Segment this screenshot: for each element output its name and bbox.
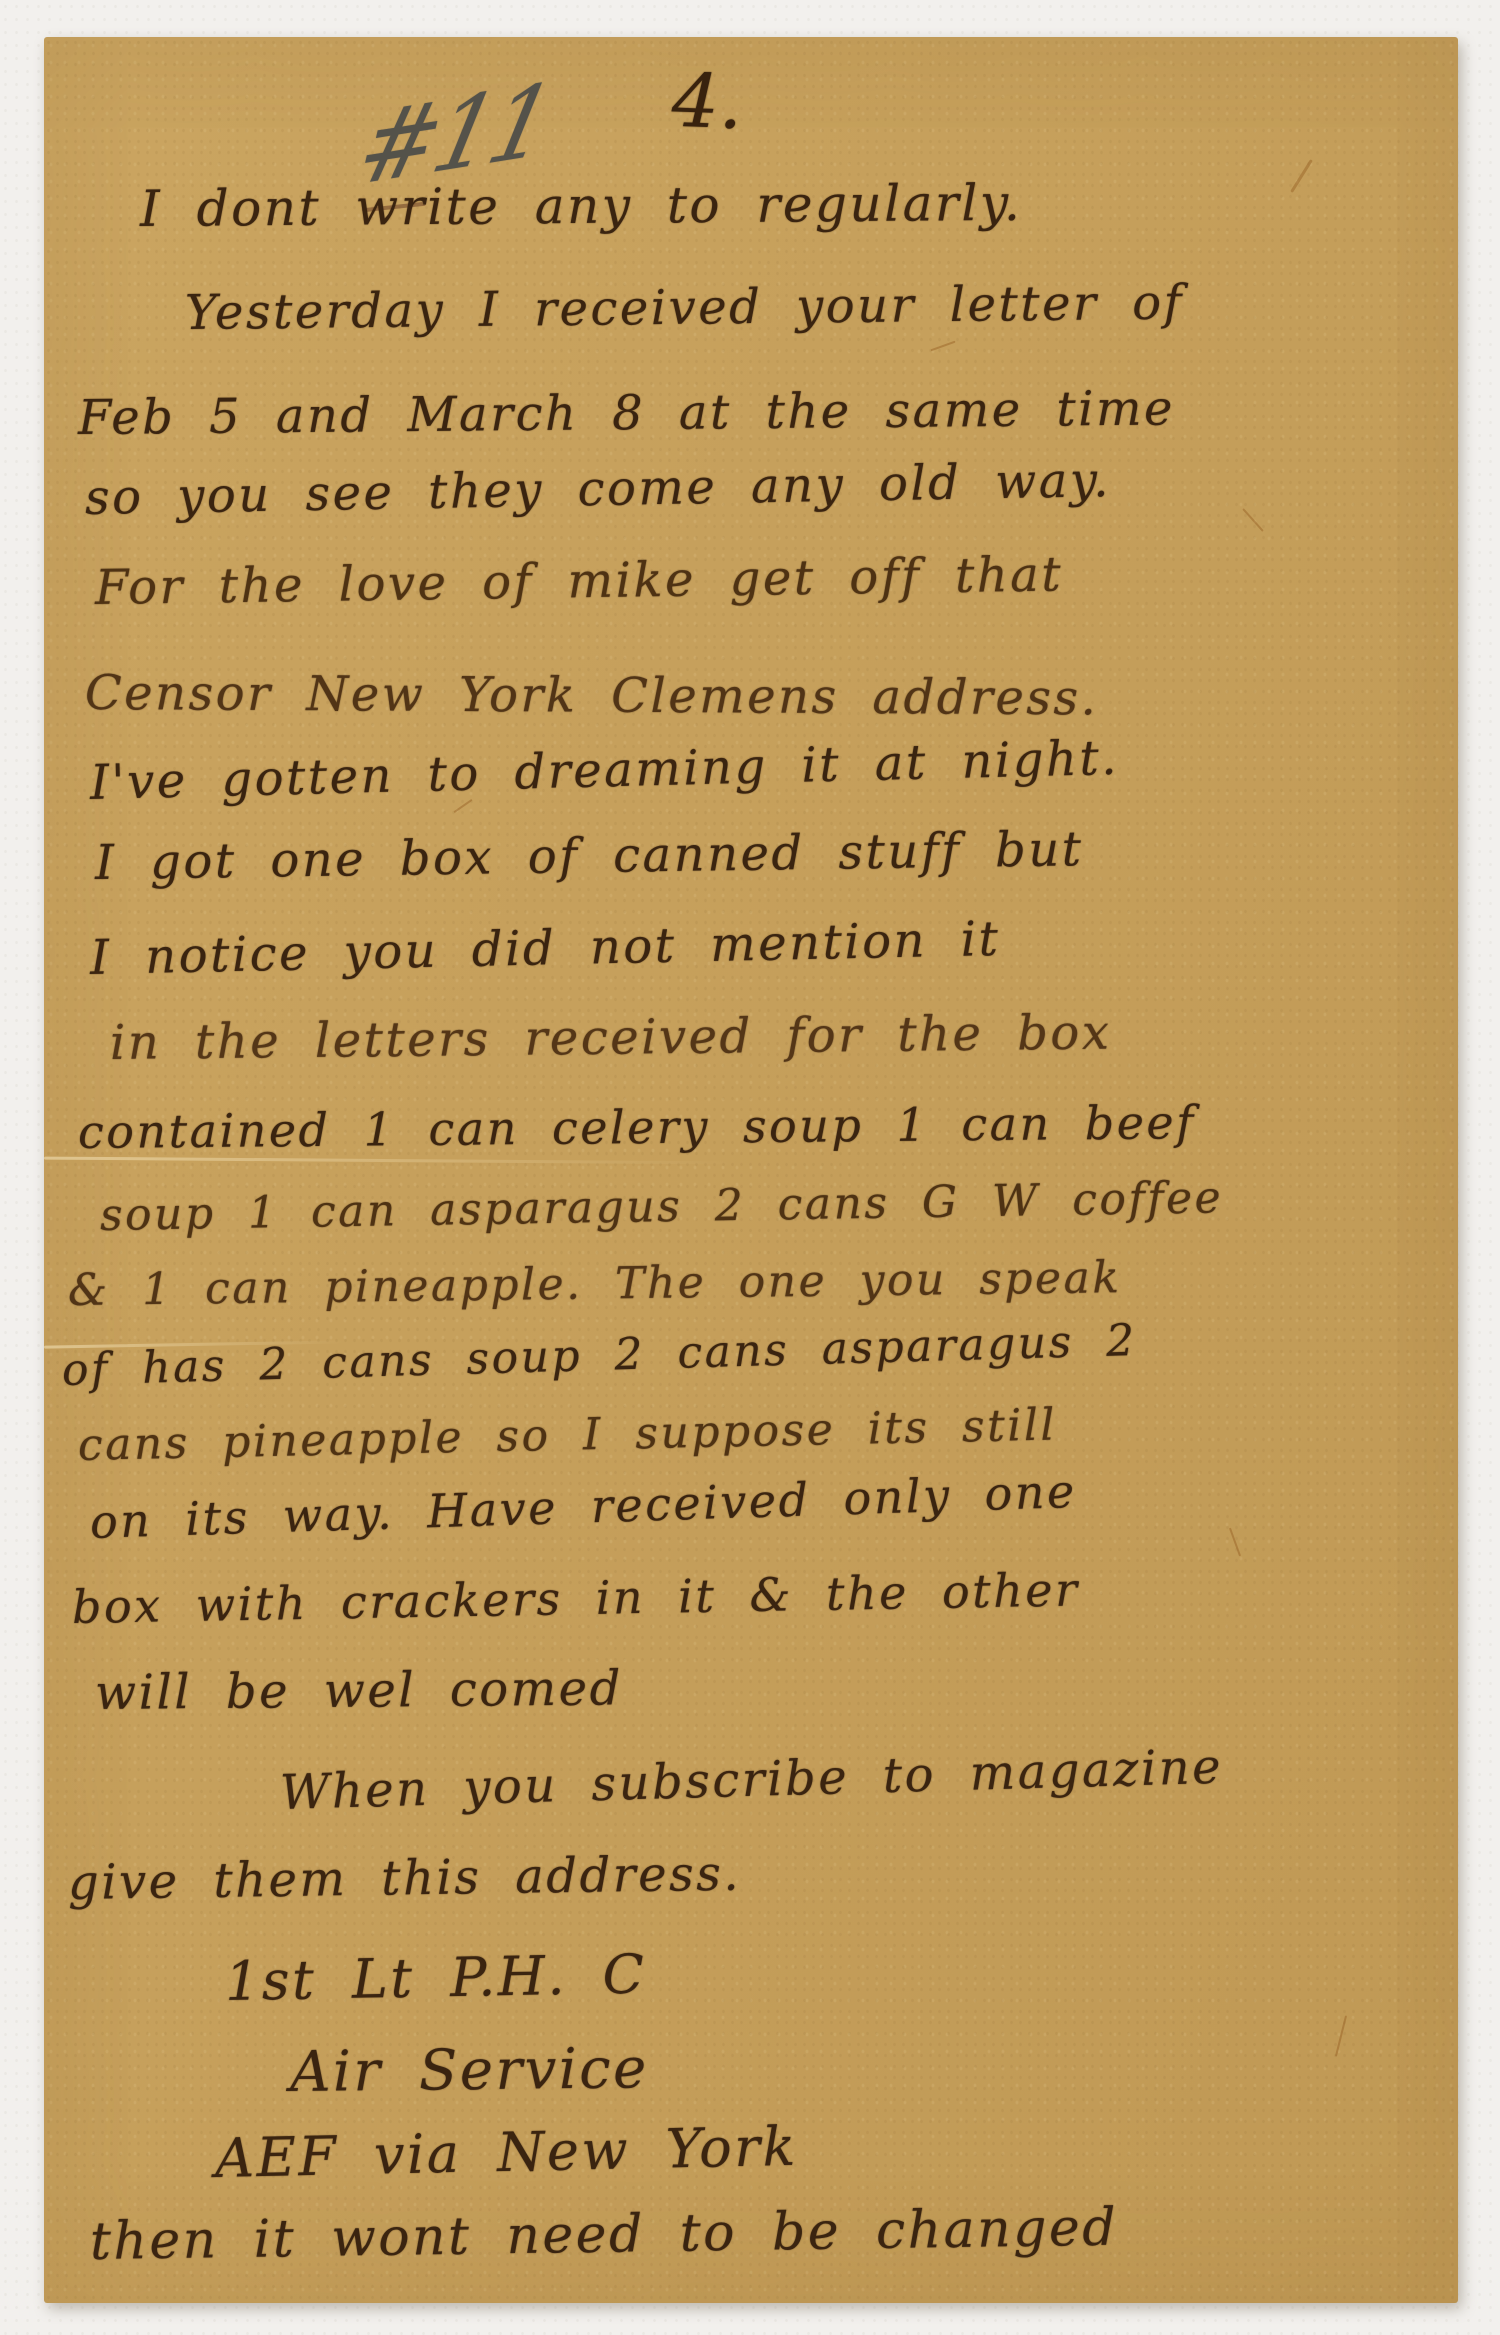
paper-fiber (1229, 1528, 1241, 1557)
scan-background: #11 4. I dont write any to regularly.Yes… (0, 0, 1500, 2335)
letter-line: 1st Lt P.H. C (224, 1943, 647, 2013)
letter-line: give them this address. (68, 1846, 742, 1911)
letter-line: then it wont need to be changed (90, 2198, 1119, 2272)
letter-line: I got one box of canned stuff but (95, 821, 1084, 891)
paper-crease (44, 1157, 734, 1165)
letter-line: in the letters received for the box (110, 1005, 1112, 1071)
letter-line: & 1 can pineapple. The one you speak (68, 1252, 1122, 1316)
letter-line: AEF via New York (214, 2115, 798, 2190)
letter-line: I notice you did not mention it (89, 911, 1000, 986)
letter-line: Censor New York Clemens address. (85, 665, 1099, 726)
paper-fiber (930, 341, 955, 352)
letter-page: #11 4. I dont write any to regularly.Yes… (44, 37, 1458, 2303)
letter-line: will be wel comed (95, 1660, 623, 1721)
letter-line: Yesterday I received your letter of (185, 275, 1184, 341)
letter-line: so you see they come any old way. (85, 452, 1112, 526)
letter-line: box with crackers in it & the other (72, 1562, 1080, 1634)
letter-line: cans pineapple so I suppose its still (77, 1400, 1057, 1471)
letter-line: soup 1 can asparagus 2 cans G W coffee (100, 1172, 1224, 1241)
letter-line: Feb 5 and March 8 at the same time (78, 380, 1175, 446)
letter-line: on its way. Have received only one (89, 1464, 1077, 1549)
letter-line: Air Service (290, 2036, 649, 2105)
letter-line: When you subscribe to magazine (279, 1739, 1224, 1821)
paper-fiber (1290, 159, 1313, 193)
letter-line: For the love of mike get off that (95, 546, 1064, 616)
letter-line: contained 1 can celery soup 1 can beef (78, 1095, 1196, 1159)
letter-line: I dont write any to regularly. (140, 174, 1023, 238)
paper-fiber (1242, 508, 1264, 532)
letter-line: of has 2 cans soup 2 cans asparagus 2 (61, 1315, 1137, 1396)
letter-line: I've gotten to dreaming it at night. (89, 730, 1119, 811)
page-number: 4. (671, 58, 745, 146)
paper-fiber (1335, 2015, 1347, 2056)
